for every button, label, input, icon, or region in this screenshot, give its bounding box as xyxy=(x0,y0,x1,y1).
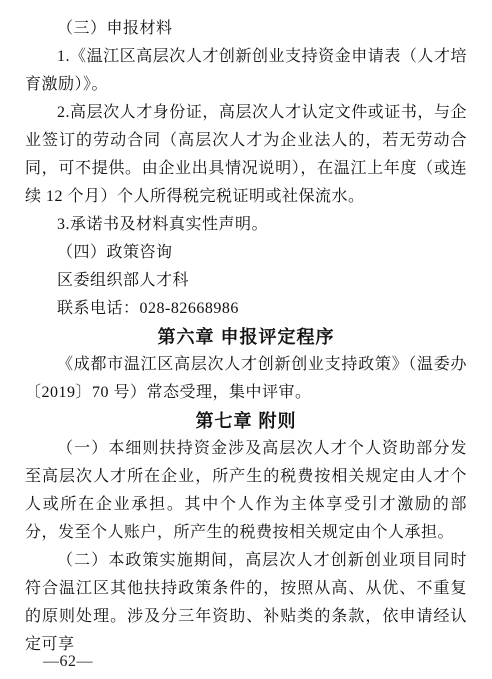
body-paragraph: 3.承诺书及材料真实性声明。 xyxy=(25,211,467,239)
body-paragraph: （一）本细则扶持资金涉及高层次人才个人资助部分发至高层次人才所在企业，所产生的税… xyxy=(25,435,467,547)
body-paragraph: 《成都市温江区高层次人才创新创业支持政策》（温委办〔2019〕70 号）常态受理… xyxy=(25,351,467,407)
body-paragraph: 联系电话：028-82668986 xyxy=(25,295,467,323)
body-paragraph: 2.高层次人才身份证，高层次人才认定文件或证书，与企业签订的劳动合同（高层次人才… xyxy=(25,99,467,211)
body-paragraph: 区委组织部人才科 xyxy=(25,267,467,295)
document-page: （三）申报材料1.《温江区高层次人才创新创业支持资金申请表（人才培育激励）》。2… xyxy=(0,0,492,679)
body-paragraph: （三）申报材料 xyxy=(25,15,467,43)
chapter-heading: 第七章 附则 xyxy=(25,407,467,435)
body-paragraph: （四）政策咨询 xyxy=(25,239,467,267)
document-body: （三）申报材料1.《温江区高层次人才创新创业支持资金申请表（人才培育激励）》。2… xyxy=(25,15,467,659)
page-number: —62— xyxy=(43,652,93,672)
body-paragraph: 1.《温江区高层次人才创新创业支持资金申请表（人才培育激励）》。 xyxy=(25,43,467,99)
body-paragraph: （二）本政策实施期间，高层次人才创新创业项目同时符合温江区其他扶持政策条件的，按… xyxy=(25,547,467,659)
chapter-heading: 第六章 申报评定程序 xyxy=(25,323,467,351)
